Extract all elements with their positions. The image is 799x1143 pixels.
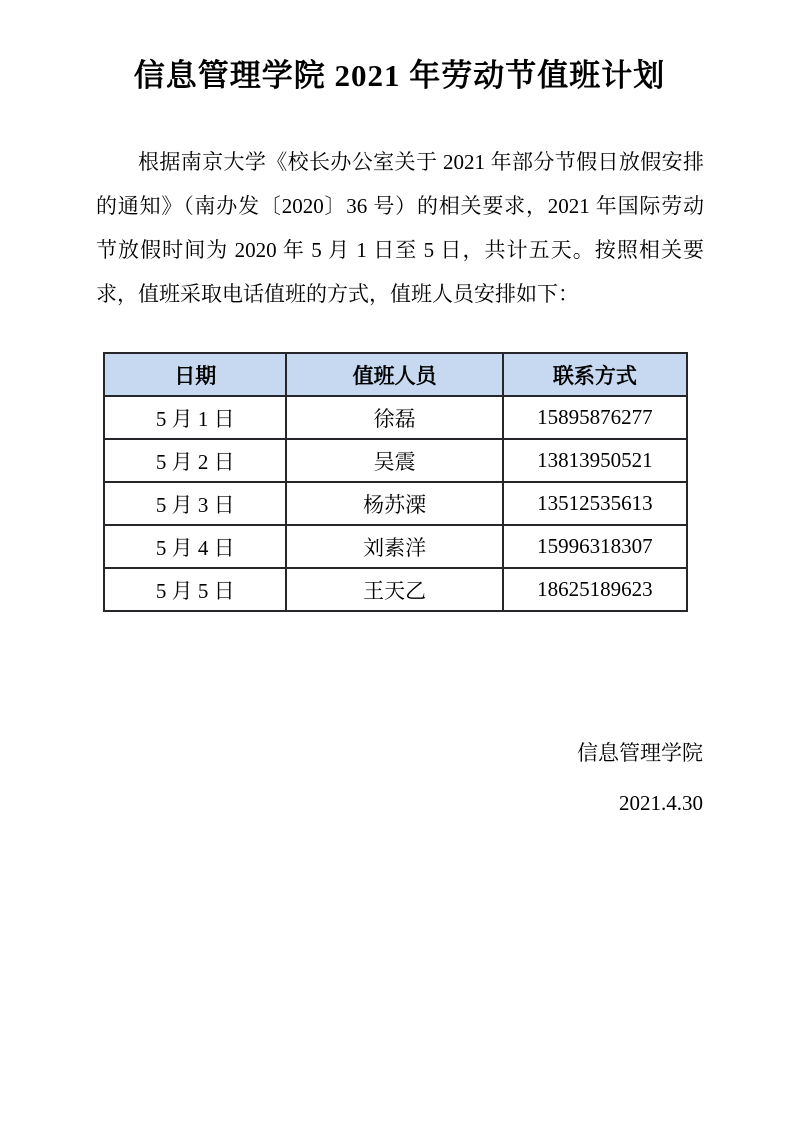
cell-date: 5 月 5 日	[104, 568, 286, 611]
cell-person: 刘素洋	[286, 525, 502, 568]
table-row: 5 月 5 日 王天乙 18625189623	[104, 568, 687, 611]
cell-person: 徐磊	[286, 396, 502, 439]
cell-person: 杨苏溧	[286, 482, 502, 525]
table-row: 5 月 1 日 徐磊 15895876277	[104, 396, 687, 439]
cell-date: 5 月 3 日	[104, 482, 286, 525]
document-title: 信息管理学院 2021 年劳动节值班计划	[0, 50, 799, 95]
cell-phone: 15996318307	[503, 525, 687, 568]
column-header-phone: 联系方式	[503, 353, 687, 396]
document-page: 信息管理学院 2021 年劳动节值班计划 根据南京大学《校长办公室关于 2021…	[0, 0, 799, 1143]
cell-date: 5 月 2 日	[104, 439, 286, 482]
table-row: 5 月 3 日 杨苏溧 13512535613	[104, 482, 687, 525]
signature-block: 信息管理学院 2021.4.30	[577, 728, 703, 828]
cell-person: 王天乙	[286, 568, 502, 611]
cell-date: 5 月 1 日	[104, 396, 286, 439]
column-header-date: 日期	[104, 353, 286, 396]
cell-person: 吴震	[286, 439, 502, 482]
table-header-row: 日期 值班人员 联系方式	[104, 353, 687, 396]
cell-date: 5 月 4 日	[104, 525, 286, 568]
column-header-person: 值班人员	[286, 353, 502, 396]
cell-phone: 15895876277	[503, 396, 687, 439]
signature-org: 信息管理学院	[577, 728, 703, 778]
cell-phone: 18625189623	[503, 568, 687, 611]
table-row: 5 月 4 日 刘素洋 15996318307	[104, 525, 687, 568]
cell-phone: 13512535613	[503, 482, 687, 525]
body-paragraph: 根据南京大学《校长办公室关于 2021 年部分节假日放假安排的通知》（南办发〔2…	[96, 140, 704, 316]
duty-schedule-table: 日期 值班人员 联系方式 5 月 1 日 徐磊 15895876277 5 月 …	[103, 352, 688, 612]
table-row: 5 月 2 日 吴震 13813950521	[104, 439, 687, 482]
signature-date: 2021.4.30	[577, 778, 703, 828]
cell-phone: 13813950521	[503, 439, 687, 482]
